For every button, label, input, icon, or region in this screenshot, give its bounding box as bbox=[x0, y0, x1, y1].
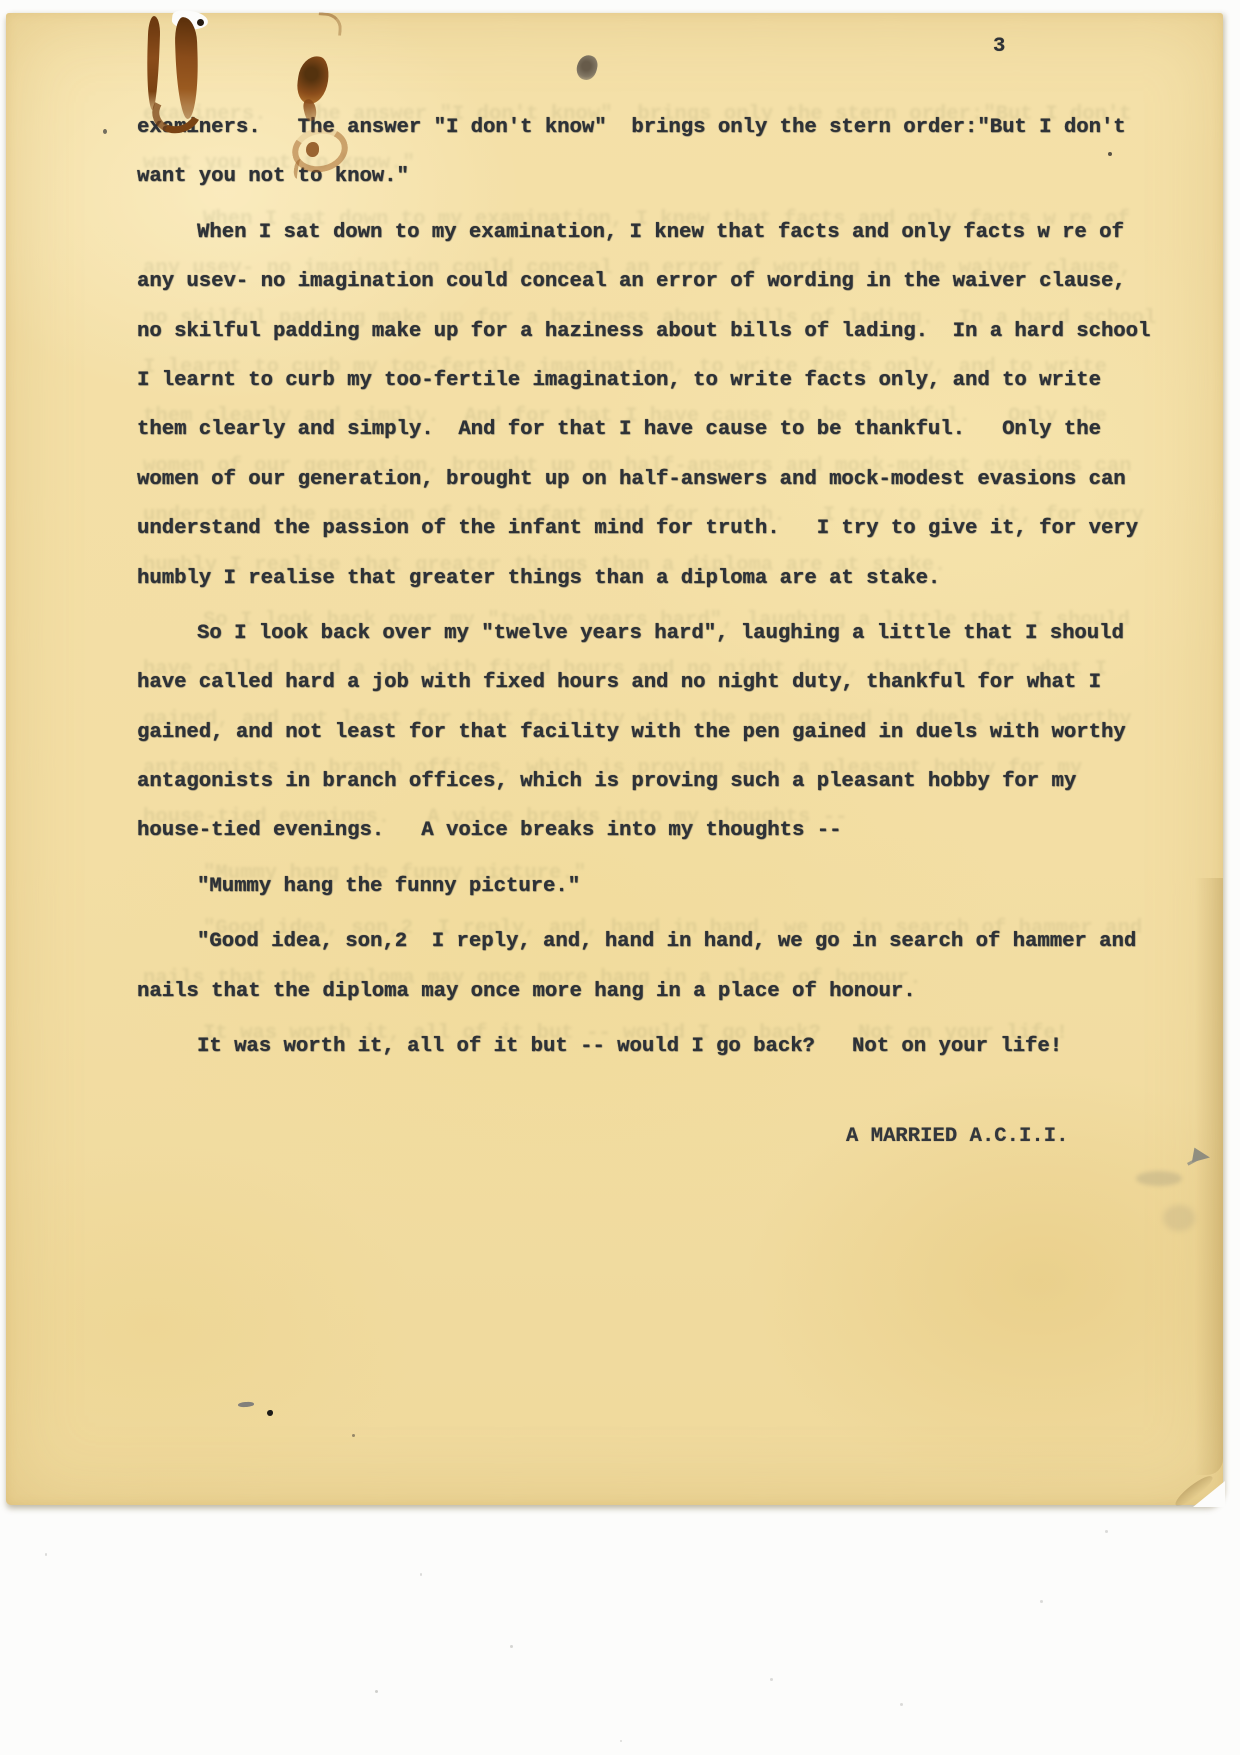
text-line: It was worth it, all of it but -- would … bbox=[137, 1022, 1150, 1071]
text-line: house-tied evenings. A voice breaks into… bbox=[137, 806, 1150, 855]
ink-dot bbox=[197, 19, 204, 26]
text-line: nails that the diploma may once more han… bbox=[137, 967, 1150, 1016]
text-line: gained, and not least for that facility … bbox=[137, 708, 1150, 757]
scan-speck bbox=[900, 1703, 903, 1706]
corner-crease-shadow bbox=[1172, 1472, 1216, 1510]
paper-fleck bbox=[352, 1434, 355, 1437]
scan-speck bbox=[420, 1573, 422, 1576]
text-line: I learnt to curb my too-fertile imaginat… bbox=[137, 356, 1150, 405]
scan-speck bbox=[1105, 1530, 1108, 1533]
ink-speck bbox=[267, 1410, 273, 1416]
text-line: them clearly and simply. And for that I … bbox=[137, 405, 1150, 454]
text-line: So I look back over my "twelve years har… bbox=[137, 609, 1150, 658]
faint-pencil-curve bbox=[317, 12, 342, 36]
folded-corner bbox=[1193, 1481, 1225, 1507]
paper-right-edge-shade bbox=[1195, 878, 1223, 1475]
gray-smudge bbox=[574, 53, 599, 82]
signature-line: A MARRIED A.C.I.I. bbox=[846, 1125, 1068, 1148]
scan-speck bbox=[45, 1553, 47, 1556]
gray-arrow-mark-tail bbox=[1187, 1157, 1199, 1165]
text-line: "Mummy hang the funny picture." bbox=[137, 862, 1150, 911]
scan-speck bbox=[1040, 1600, 1043, 1603]
text-line: have called hard a job with fixed hours … bbox=[137, 658, 1150, 707]
text-line: When I sat down to my examination, I kne… bbox=[137, 208, 1150, 257]
text-line: women of our generation, brought up on h… bbox=[137, 455, 1150, 504]
text-line: want you not to know." bbox=[137, 152, 1150, 201]
scan-speck bbox=[510, 1645, 513, 1648]
scan-speck bbox=[620, 1740, 622, 1742]
typewritten-text-body: examiners. The answer "I don't know" bri… bbox=[137, 103, 1150, 1071]
text-line: antagonists in branch offices, which is … bbox=[137, 757, 1150, 806]
scanned-document-screenshot: { "document": { "page_number": "3", "lin… bbox=[0, 0, 1240, 1755]
text-line: "Good idea, son,2 I reply, and, hand in … bbox=[137, 917, 1150, 966]
text-line: no skilful padding make up for a hazines… bbox=[137, 307, 1150, 356]
ink-speck bbox=[103, 129, 107, 134]
text-line: understand the passion of the infant min… bbox=[137, 504, 1150, 553]
torn-edge-notch bbox=[171, 9, 209, 31]
scan-speck bbox=[770, 1678, 773, 1681]
gray-dash-mark bbox=[238, 1401, 254, 1407]
text-line: any usev- no imagination could conceal a… bbox=[137, 257, 1150, 306]
gray-arrow-mark bbox=[1192, 1148, 1211, 1166]
text-line: humbly I realise that greater things tha… bbox=[137, 554, 1150, 603]
scan-speck bbox=[375, 1690, 378, 1693]
faint-smudge bbox=[1163, 1205, 1195, 1231]
text-line: examiners. The answer "I don't know" bri… bbox=[137, 103, 1150, 152]
scanned-paper-page: 3 examiners. The answer "I don't know" b… bbox=[6, 13, 1223, 1505]
page-number: 3 bbox=[993, 35, 1005, 58]
faint-smudge bbox=[1136, 1171, 1182, 1186]
